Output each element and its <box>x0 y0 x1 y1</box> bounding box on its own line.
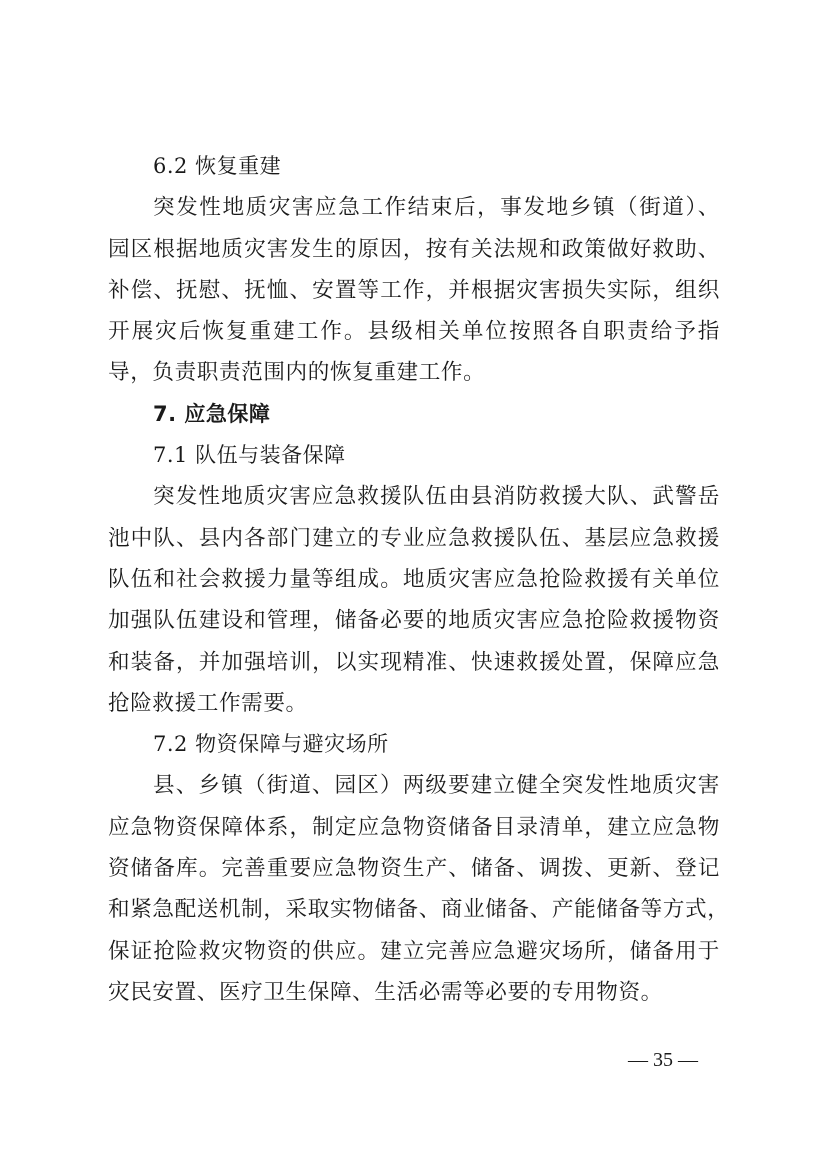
paragraph-line: 补偿、抚慰、抚恤、安置等工作，并根据灾害损失实际，组织 <box>108 270 720 311</box>
paragraph-recovery-reconstruction: 突发性地质灾害应急工作结束后，事发地乡镇（街道）、 园区根据地质灾害发生的原因，… <box>108 187 720 393</box>
paragraph-line: 和紧急配送机制，采取实物储备、商业储备、产能储备等方式， <box>108 889 720 930</box>
paragraph-line: 开展灾后恢复重建工作。县级相关单位按照各自职责给予指 <box>108 311 720 352</box>
section-heading-7-1: 7.1 队伍与装备保障 <box>108 435 720 476</box>
page-number: — 35 — <box>628 1049 698 1072</box>
section-heading-7-2: 7.2 物资保障与避灾场所 <box>108 724 720 765</box>
paragraph-line: 应急物资保障体系，制定应急物资储备目录清单，建立应急物 <box>108 807 720 848</box>
paragraph-line: 抢险救援工作需要。 <box>108 683 720 724</box>
paragraph-materials-shelters: 县、乡镇（街道、园区）两级要建立健全突发性地质灾害 应急物资保障体系，制定应急物… <box>108 765 720 1013</box>
paragraph-team-equipment: 突发性地质灾害应急救援队伍由县消防救援大队、武警岳 池中队、县内各部门建立的专业… <box>108 476 720 724</box>
paragraph-line: 县、乡镇（街道、园区）两级要建立健全突发性地质灾害 <box>108 765 720 806</box>
paragraph-line: 和装备，并加强培训，以实现精准、快速救援处置，保障应急 <box>108 642 720 683</box>
page-content: 6.2 恢复重建 突发性地质灾害应急工作结束后，事发地乡镇（街道）、 园区根据地… <box>108 146 720 1013</box>
section-heading-6-2: 6.2 恢复重建 <box>108 146 720 187</box>
paragraph-line: 突发性地质灾害应急救援队伍由县消防救援大队、武警岳 <box>108 476 720 517</box>
paragraph-line: 池中队、县内各部门建立的专业应急救援队伍、基层应急救援 <box>108 518 720 559</box>
document-page: 6.2 恢复重建 突发性地质灾害应急工作结束后，事发地乡镇（街道）、 园区根据地… <box>0 0 826 1168</box>
paragraph-line: 保证抢险救灾物资的供应。建立完善应急避灾场所，储备用于 <box>108 931 720 972</box>
paragraph-line: 队伍和社会救援力量等组成。地质灾害应急抢险救援有关单位 <box>108 559 720 600</box>
paragraph-line: 园区根据地质灾害发生的原因，按有关法规和政策做好救助、 <box>108 229 720 270</box>
paragraph-line: 加强队伍建设和管理，储备必要的地质灾害应急抢险救援物资 <box>108 600 720 641</box>
paragraph-line: 资储备库。完善重要应急物资生产、储备、调拨、更新、登记 <box>108 848 720 889</box>
paragraph-line: 突发性地质灾害应急工作结束后，事发地乡镇（街道）、 <box>108 187 720 228</box>
section-heading-7: 7. 应急保障 <box>108 394 720 435</box>
paragraph-line: 导，负责职责范围内的恢复重建工作。 <box>108 352 720 393</box>
paragraph-line: 灾民安置、医疗卫生保障、生活必需等必要的专用物资。 <box>108 972 720 1013</box>
